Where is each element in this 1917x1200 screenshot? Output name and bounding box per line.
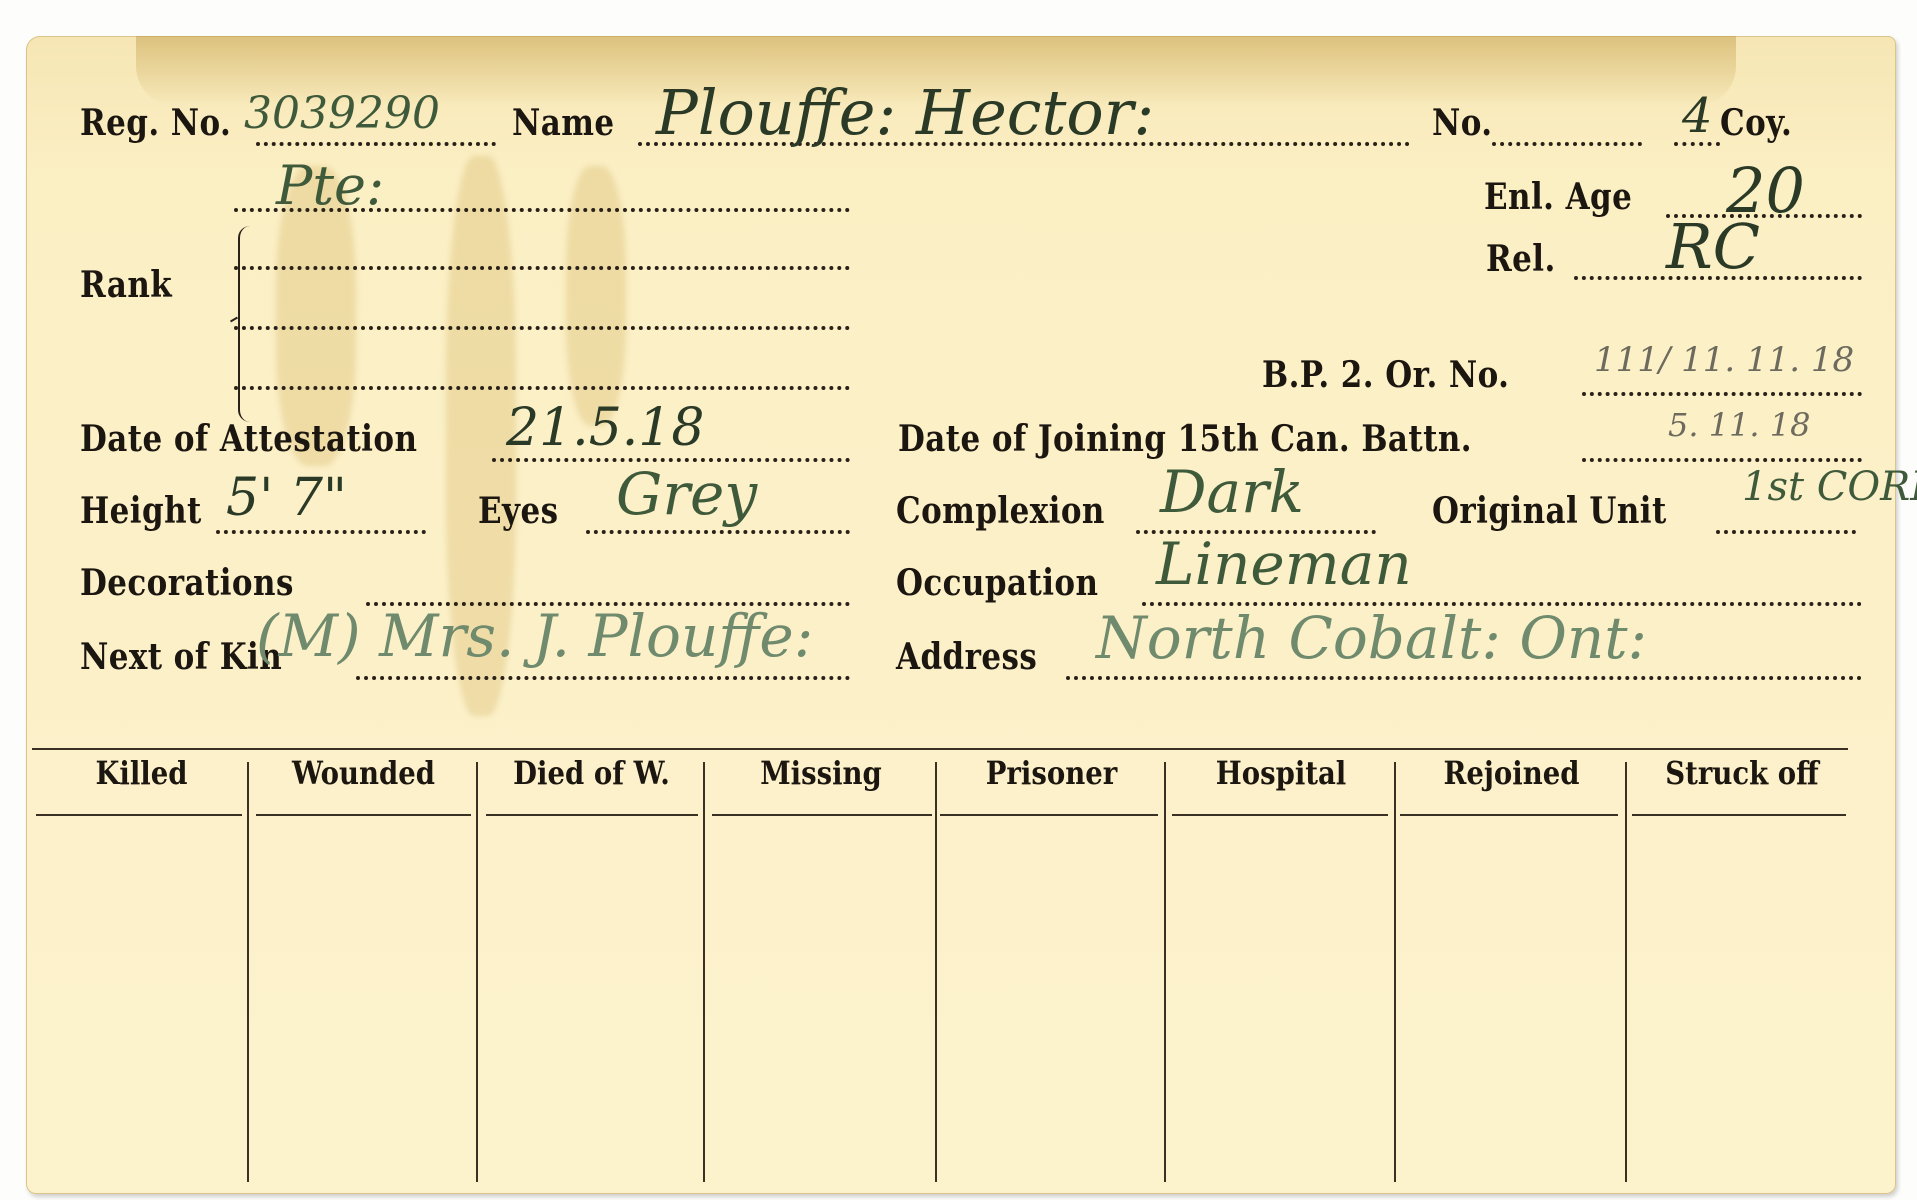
joining-dots — [1582, 458, 1862, 462]
column-header-died-of-wounds: Died of W. — [496, 754, 688, 792]
complexion-label: Complexion — [896, 490, 1105, 532]
original-unit-value: 1st CORD — [1742, 464, 1917, 510]
header-underline — [712, 814, 932, 816]
column-divider — [1625, 762, 1627, 1182]
reg-no-dots — [256, 142, 496, 146]
next-of-kin-dots — [356, 676, 850, 680]
name-value: Plouffe: Hector: — [656, 76, 1154, 149]
attestation-label: Date of Attestation — [80, 418, 417, 460]
coy-no-dots — [1492, 142, 1642, 146]
column-divider — [247, 762, 249, 1182]
height-dots — [216, 530, 426, 534]
column-header-prisoner: Prisoner — [955, 754, 1149, 792]
original-unit-label: Original Unit — [1432, 490, 1667, 532]
header-underline — [1172, 814, 1388, 816]
joining-label: Date of Joining 15th Can. Battn. — [898, 418, 1472, 460]
decorations-label: Decorations — [80, 562, 294, 604]
header-underline — [1632, 814, 1846, 816]
joining-value: 5. 11. 18 — [1668, 406, 1810, 444]
eyes-label: Eyes — [478, 490, 558, 532]
header-underline — [1400, 814, 1618, 816]
rank-line-4 — [234, 386, 850, 390]
rel-value: RC — [1666, 210, 1760, 283]
rank-line-2 — [234, 266, 850, 270]
next-of-kin-value: (M) Mrs. J. Plouffe: — [256, 602, 813, 670]
service-record-card: Reg. No. 3039290 Name Plouffe: Hector: N… — [26, 36, 1896, 1194]
rank-line-1 — [234, 208, 850, 212]
next-of-kin-label: Next of Kin — [80, 636, 282, 678]
column-header-wounded: Wounded — [267, 754, 461, 792]
column-divider — [935, 762, 937, 1182]
column-divider — [1164, 762, 1166, 1182]
height-value: 5' 7" — [226, 468, 347, 528]
coy-label: Coy. — [1720, 102, 1792, 144]
address-value: North Cobalt: Ont: — [1096, 604, 1647, 672]
header-underline — [486, 814, 698, 816]
bp2-dots — [1582, 392, 1862, 396]
occupation-value: Lineman — [1156, 530, 1412, 598]
column-divider — [703, 762, 705, 1182]
rank-line-3 — [234, 326, 850, 330]
enl-age-label: Enl. Age — [1484, 176, 1632, 218]
name-label: Name — [512, 102, 615, 144]
column-header-killed: Killed — [51, 754, 232, 792]
reg-no-label: Reg. No. — [80, 102, 231, 144]
bp2-value: 111/ 11. 11. 18 — [1594, 340, 1854, 380]
original-unit-dots — [1716, 530, 1856, 534]
coy-no-label: No. — [1432, 102, 1492, 144]
bp2-label: B.P. 2. Or. No. — [1262, 354, 1509, 396]
column-header-rejoined: Rejoined — [1414, 754, 1609, 792]
complexion-value: Dark — [1160, 458, 1304, 526]
rel-label: Rel. — [1486, 238, 1556, 280]
coy-value: 4 — [1682, 88, 1713, 144]
address-label: Address — [896, 636, 1037, 678]
address-dots — [1066, 676, 1862, 680]
rank-label: Rank — [80, 264, 172, 306]
header-underline — [36, 814, 242, 816]
column-divider — [1394, 762, 1396, 1182]
eyes-value: Grey — [616, 460, 757, 528]
rank-brace — [238, 226, 256, 422]
column-header-missing: Missing — [723, 754, 919, 792]
header-underline — [940, 814, 1158, 816]
column-divider — [476, 762, 478, 1182]
column-header-struck-off: Struck off — [1645, 754, 1839, 792]
column-header-hospital: Hospital — [1184, 754, 1378, 792]
eyes-dots — [586, 530, 850, 534]
reg-no-value: 3039290 — [244, 88, 440, 139]
attestation-value: 21.5.18 — [506, 398, 704, 458]
table-top-rule — [32, 748, 1848, 750]
header-underline — [256, 814, 471, 816]
height-label: Height — [80, 490, 202, 532]
occupation-label: Occupation — [896, 562, 1098, 604]
